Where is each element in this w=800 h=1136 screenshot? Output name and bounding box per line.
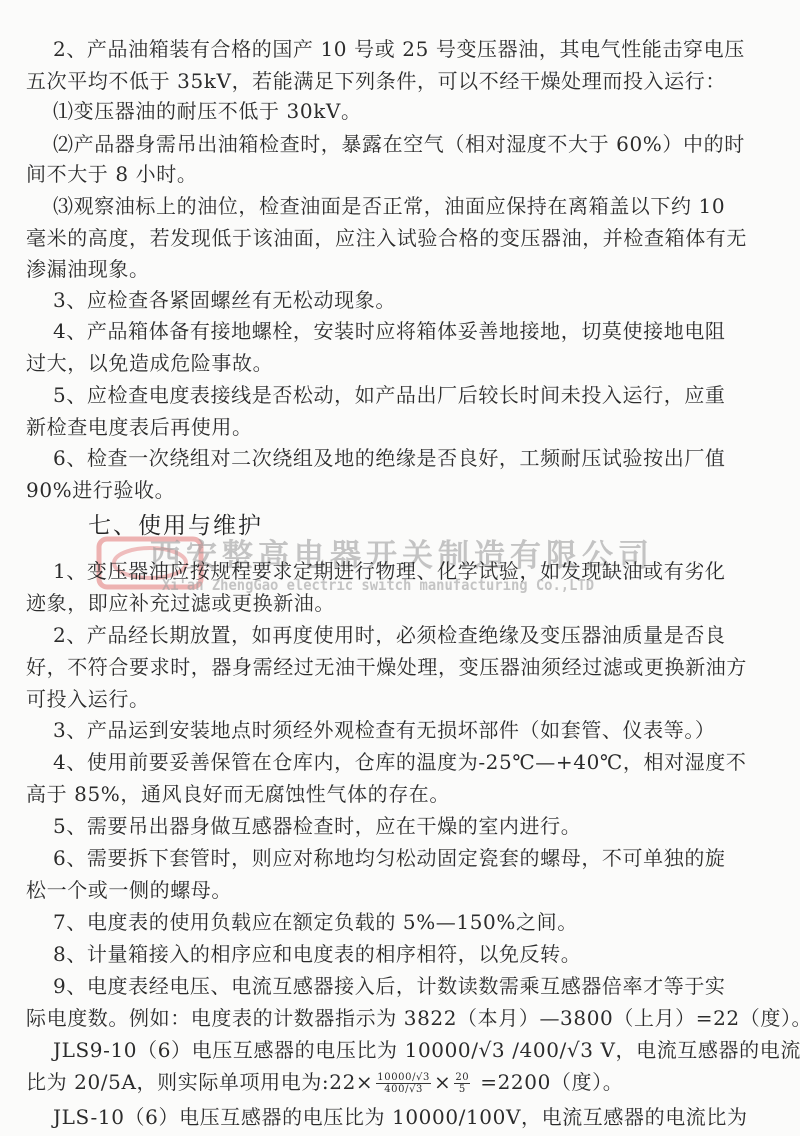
- text-line: 迹象，即应补充过滤或更换新油。: [26, 590, 335, 616]
- fraction-current-ratio: 205: [454, 1072, 470, 1095]
- text-line: ⑶观察油标上的油位，检查油面是否正常，油面应保持在离箱盖以下约 10: [53, 193, 725, 219]
- text-line: 五次平均不低于 35kV，若能满足下列条件，可以不经干燥处理而投入运行：: [26, 68, 726, 94]
- text-line: 6、检查一次绕组对二次绕组及地的绝缘是否良好，工频耐压试验按出厂值: [53, 445, 726, 471]
- text-line: 毫米的高度，若发现低于该油面，应注入试验合格的变压器油，并检查箱体有无: [26, 225, 747, 251]
- text-line: 好，不符合要求时，器身需经过无油干燥处理，变压器油须经过滤或更换新油方: [26, 654, 747, 680]
- text-line: 2、产品经长期放置，如再度使用时，必须检查绝缘及变压器油质量是否良: [53, 622, 726, 648]
- times-sign: ×: [434, 1070, 451, 1094]
- text-line: 可投入运行。: [26, 686, 150, 712]
- text-line: 7、电度表的使用负载应在额定负载的 5%—150%之间。: [53, 909, 578, 935]
- text-line: 90%进行验收。: [26, 477, 175, 503]
- text-line: 2、产品油箱装有合格的国产 10 号或 25 号变压器油，其电气性能击穿电压: [53, 36, 745, 62]
- text-line: 6、需要拆下套管时，则应对称地均匀松动固定瓷套的螺母，不可单独的旋: [53, 845, 726, 871]
- text-line: 5、应检查电度表接线是否松动，如产品出厂后较长时间未投入运行，应重: [53, 382, 726, 408]
- text-line: 际电度数。例如：电度表的计数器指示为 3822（本月）—3800（上月）=22（…: [26, 1005, 800, 1031]
- document-page: 西安整高电器开关制造有限公司 Xi'an ZhengGao electric s…: [0, 0, 800, 1136]
- text-line: 渗漏油现象。: [26, 256, 150, 282]
- text-line: 5、需要吊出器身做互感器检查时，应在干燥的室内进行。: [53, 813, 581, 839]
- text-line: 8、计量箱接入的相序应和电度表的相序相符，以免反转。: [53, 941, 581, 967]
- text-line: 新检查电度表后再使用。: [26, 414, 253, 440]
- text-line: 高于 85%，通风良好而无腐蚀性气体的存在。: [26, 781, 450, 807]
- text-line: 过大，以免造成危险事故。: [26, 350, 273, 376]
- text-line: 4、使用前要妥善保管在仓库内，仓库的温度为-25℃—+40℃，相对湿度不: [53, 749, 746, 775]
- formula-prefix: 比为 20/5A，则实际单项用电为:22×: [26, 1070, 373, 1094]
- text-line: JLS-10（6）电压互感器的电压比为 10000/100V，电流互感器的电流比…: [53, 1104, 748, 1130]
- fraction-voltage-ratio: 10000/√3400/√3: [376, 1072, 431, 1095]
- text-line: 间不大于 8 小时。: [26, 161, 197, 187]
- text-line: 9、电度表经电压、电流互感器接入后，计数读数需乘互感器倍率才等于实: [53, 973, 726, 999]
- formula-line: 比为 20/5A，则实际单项用电为:22×10000/√3400/√3×205 …: [26, 1069, 623, 1095]
- text-line: 1、变压器油应按规程要求定期进行物理、化学试验，如发现缺油或有劣化: [53, 558, 726, 584]
- section-heading: 七、使用与维护: [88, 507, 263, 540]
- text-line: 松一个或一侧的螺母。: [26, 877, 232, 903]
- text-line: 3、产品运到安装地点时须经外观检查有无损坏部件（如套管、仪表等。）: [53, 717, 716, 743]
- text-line: ⑵产品器身需吊出油箱检查时，暴露在空气（相对湿度不大于 60%）中的时: [53, 131, 745, 157]
- text-line: 3、应检查各紧固螺丝有无松动现象。: [53, 287, 396, 313]
- formula-result: =2200（度）。: [473, 1070, 623, 1094]
- text-line: ⑴变压器油的耐压不低于 30kV。: [53, 98, 362, 124]
- text-line: 4、产品箱体备有接地螺栓，安装时应将箱体妥善地接地，切莫使接地电阻: [53, 318, 726, 344]
- text-line: JLS9-10（6）电压互感器的电压比为 10000/√3 /400/√3 V，…: [53, 1037, 800, 1063]
